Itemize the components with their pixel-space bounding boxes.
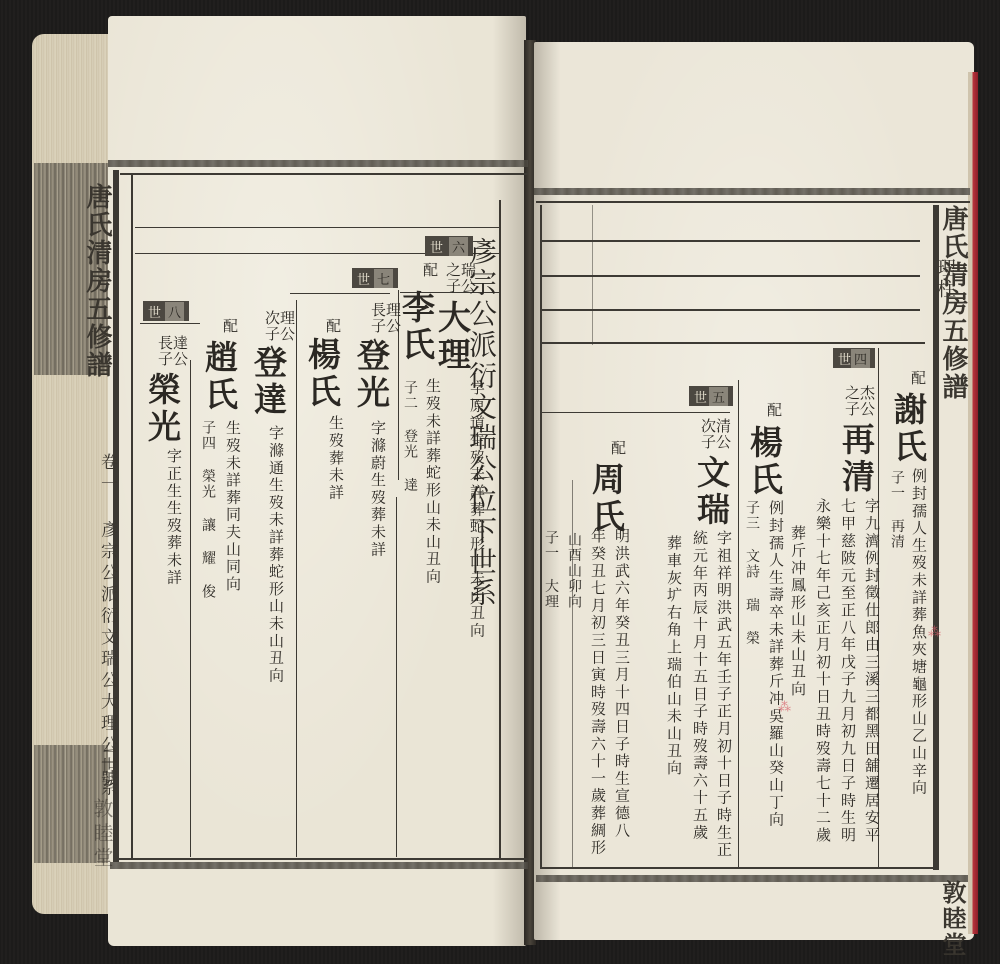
generation-label: 世	[357, 269, 370, 288]
spine-book-title: 唐氏清房五修譜	[940, 205, 966, 401]
person-details-line-1: 字九濟例封徵仕郎由三溪三都黑田舖遷居安平	[864, 498, 879, 844]
generation-number: 五	[709, 387, 728, 406]
right-column-rule	[738, 380, 739, 867]
generation-number: 八	[165, 302, 184, 321]
right-column-rule	[592, 205, 593, 345]
left-bottom-inner-rule	[118, 858, 528, 860]
parent-note: 達公長子	[155, 335, 187, 369]
spine-subtitle: 理柱	[935, 258, 954, 300]
spouse-name: 李氏	[400, 290, 433, 364]
person-name: 大理	[436, 300, 469, 374]
left-row-rule	[135, 227, 500, 228]
generation-label: 世	[838, 349, 851, 368]
generation-label: 世	[694, 387, 707, 406]
left-column-rule	[296, 300, 297, 857]
spouse-label: 配	[910, 370, 925, 386]
person-details: 字正生生歿葬未詳	[166, 448, 181, 586]
children-list: 子四 榮光 讓 耀 俊	[201, 420, 215, 600]
parent-note: 理公長子	[368, 302, 400, 336]
spouse-label: 配	[422, 262, 437, 278]
spouse-details-line-3: 山酉山卯向	[567, 532, 581, 610]
person-details-line-2: 七甲慈陂元至正八年戊子九月初九日子時生明	[840, 498, 855, 844]
person-details-line-2: 統元年丙辰十月十五日子時歿壽六十五歲	[692, 530, 707, 841]
generation-number: 四	[851, 349, 870, 368]
left-row-rule	[140, 323, 200, 324]
person-name: 榮光	[146, 372, 179, 446]
right-left-border	[540, 205, 542, 867]
left-row-rule	[290, 293, 390, 294]
spouse-details: 例封孺人生歿未詳葬魚夾塘龜形山乙山辛向	[911, 468, 926, 797]
person-details-line-4: 葬斤冲鳳形山未山丑向	[790, 525, 805, 698]
parent-note: 杰公之子	[842, 385, 874, 419]
generation-number: 六	[449, 237, 468, 256]
children-list: 子二 登光 達	[403, 380, 417, 493]
spouse-label: 配	[222, 318, 237, 334]
left-spine-divider	[131, 175, 133, 860]
spine-hall-name: 敦睦堂	[940, 880, 964, 958]
person-name: 登光	[355, 338, 388, 412]
children-list: 子三 文詩 瑞 榮	[745, 500, 759, 646]
generation-label: 世	[430, 237, 443, 256]
person-details: 字滌通生歿未詳葬蛇形山未山丑向	[268, 425, 283, 685]
generation-badge: 世 六	[425, 236, 473, 256]
spouse-name: 周氏	[590, 462, 623, 536]
person-name: 登達	[252, 345, 285, 419]
person-details-line-3: 永樂十七年己亥正月初十日丑時歿壽七十二歲	[815, 498, 830, 844]
person-details: 字滌蔚生歿葬未詳	[370, 420, 385, 558]
left-column-rule	[190, 360, 191, 857]
red-seal-mark: ⁂	[778, 700, 791, 715]
children-list: 子一 再清	[890, 470, 904, 550]
person-details-line-3: 葬車灰圹右角上瑞伯山未山丑向	[666, 535, 681, 777]
spouse-name: 楊氏	[748, 425, 781, 499]
right-top-border	[534, 188, 970, 195]
left-column-rule	[396, 497, 397, 857]
person-name: 再清	[840, 422, 873, 496]
left-top-border	[108, 160, 528, 167]
right-row-rule	[540, 309, 920, 311]
right-top-inner-rule	[536, 201, 970, 203]
spine-hall-name: 敦睦堂	[92, 798, 112, 872]
generation-badge: 世 五	[689, 386, 733, 406]
spouse-label: 配	[766, 402, 781, 418]
person-details: 字原道生歿未詳葬蛇形山未山丑向	[469, 380, 484, 640]
generation-badge: 世 四	[833, 348, 875, 368]
generation-badge: 世 七	[352, 268, 398, 288]
generation-label: 世	[148, 302, 161, 321]
person-name: 文瑞	[695, 455, 728, 529]
parent-note: 清公次子	[698, 418, 730, 452]
spouse-details: 生歿葬未詳	[328, 415, 343, 502]
spouse-name: 謝氏	[892, 392, 925, 466]
spouse-name: 趙氏	[203, 340, 236, 414]
right-row-rule	[540, 275, 920, 277]
spouse-details: 生歿未詳葬同夫山同向	[225, 420, 240, 593]
spouse-details-line-2: 年癸丑七月初三日寅時歿壽六十一歲葬綢形	[590, 528, 605, 857]
spouse-label: 配	[325, 318, 340, 334]
generation-number: 七	[374, 269, 393, 288]
right-bottom-border	[536, 875, 968, 882]
red-seal-mark: ⁂	[928, 625, 941, 640]
left-top-inner-rule	[120, 173, 528, 175]
left-bottom-border	[110, 862, 528, 869]
person-details-line-1: 字祖祥明洪武五年壬子正月初十日子時生正	[716, 530, 731, 859]
right-row-rule	[540, 342, 925, 344]
right-row-rule	[540, 412, 730, 413]
spouse-label: 配	[610, 440, 625, 456]
left-heading-divider	[499, 200, 501, 858]
right-row-rule	[540, 240, 920, 242]
generation-badge: 世 八	[143, 301, 189, 321]
parent-note: 理公次子	[262, 310, 294, 344]
parent-note: 瑞公之子	[443, 262, 475, 296]
spouse-details-line-1: 明洪武六年癸丑三月十四日子時生宣德八	[614, 528, 629, 839]
spouse-details: 例封孺人生壽卒未詳葬斤冲吳羅山癸山丁向	[768, 500, 783, 829]
spine-page-number: 二號	[98, 748, 115, 791]
spine-book-title: 唐氏清房五修譜	[84, 183, 110, 379]
spouse-details: 生歿未詳葬蛇形山未山丑向	[425, 378, 440, 586]
spouse-name: 楊氏	[306, 337, 339, 411]
children-list: 子一 大理	[544, 530, 558, 610]
